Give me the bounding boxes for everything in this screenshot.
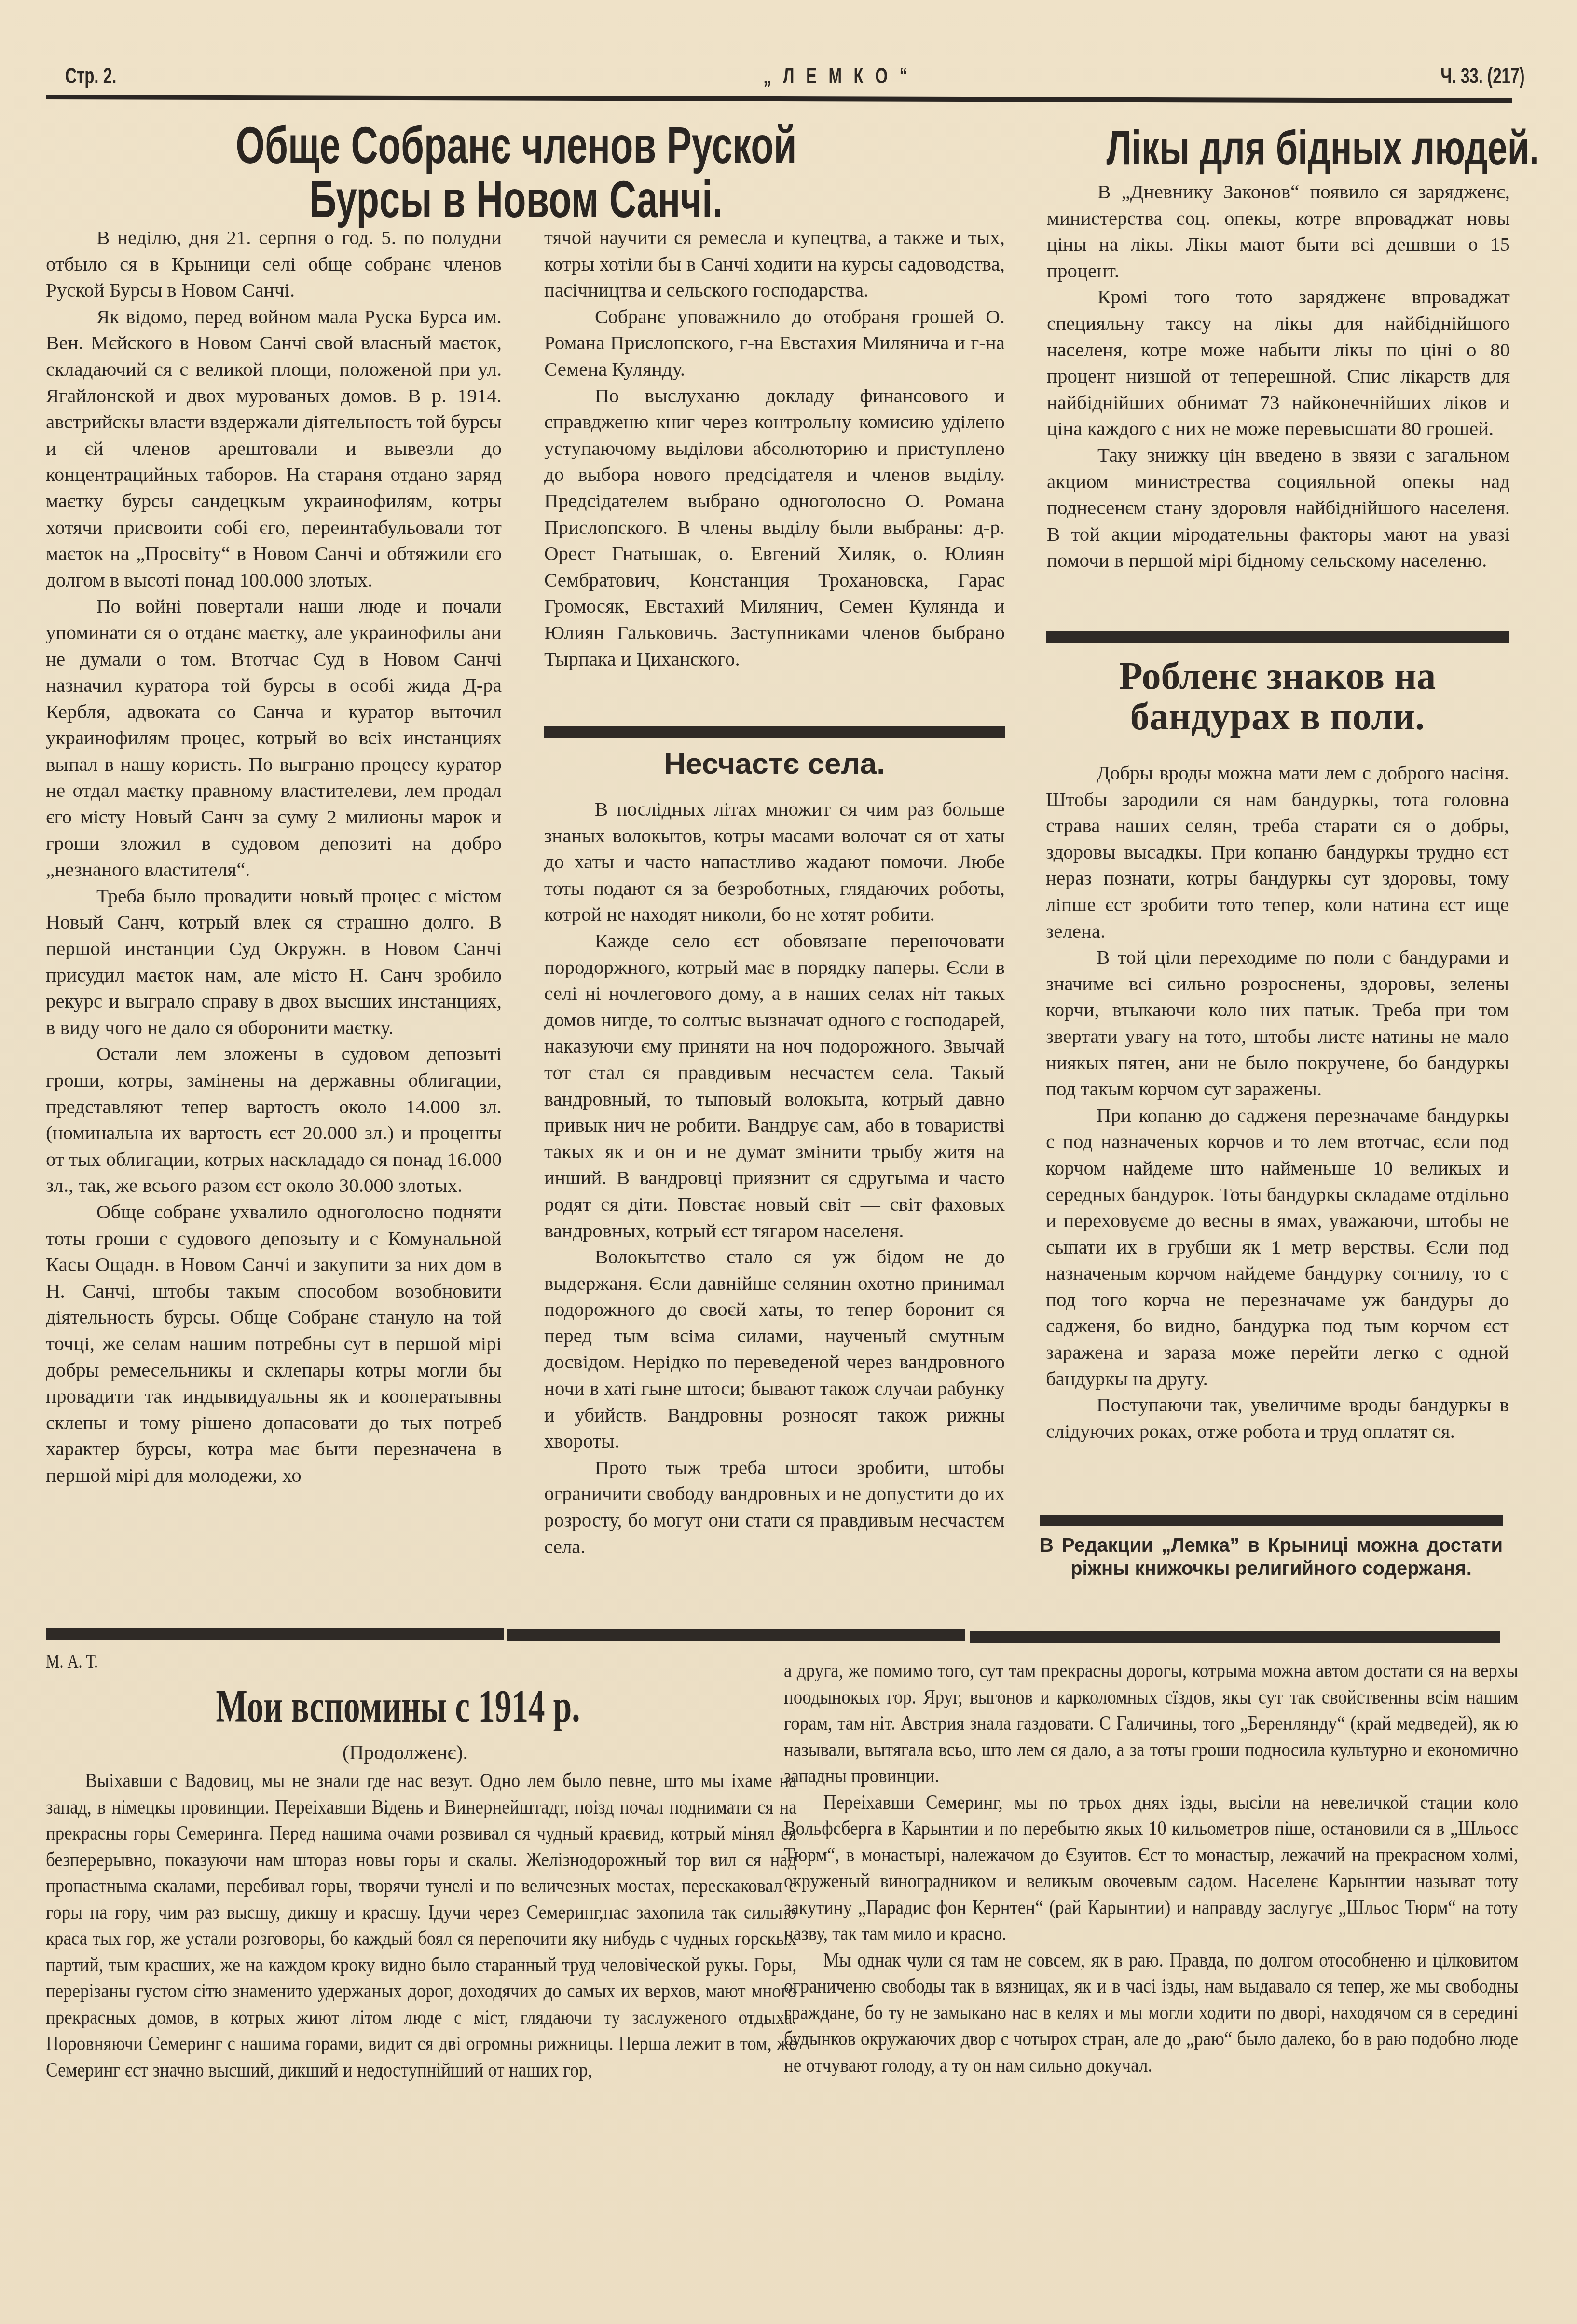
- paragraph: Волокытство стало ся уж бідом не до выде…: [544, 1244, 1005, 1454]
- article-bursa-col2: тячой научити ся ремесла и купецтва, а т…: [544, 224, 1005, 672]
- paragraph: Обще собранє ухвалило одноголосно поднят…: [46, 1199, 502, 1489]
- page-number: Стр. 2.: [65, 63, 116, 89]
- article-medicine-body: В „Дневнику Законов“ появило ся заряджен…: [1047, 178, 1510, 574]
- article-title-medicine: Лікы для бідных людей.: [1107, 123, 1446, 173]
- article-title-memoir: Мои вспомины с 1914 р.: [164, 1681, 632, 1731]
- section-rule: [1040, 1515, 1503, 1526]
- paragraph: В неділю, дня 21. серпня о год. 5. по по…: [46, 224, 502, 303]
- article-title-village: Несчастє села.: [544, 747, 1005, 781]
- paragraph: В той ціли переходиме по поли с бандурам…: [1046, 944, 1509, 1102]
- running-header: Стр. 2. „ЛЕМКО“ Ч. 33. (217): [65, 63, 1105, 96]
- article-title-potatoes: Робленє знаков на бандурах в поли.: [1046, 656, 1509, 737]
- paragraph: Кромі того тото зарядженє впроваджат спе…: [1047, 284, 1510, 442]
- paragraph: По выслуханю докладу финансового и справ…: [544, 383, 1005, 672]
- newspaper-page: Стр. 2. „ЛЕМКО“ Ч. 33. (217) Обще Собран…: [0, 0, 1577, 2324]
- paragraph: По войні повертали наши люде и почали уп…: [46, 593, 502, 883]
- section-rule: [970, 1631, 1500, 1643]
- paragraph: Добры вроды можна мати лем с доброго нас…: [1046, 760, 1509, 944]
- paragraph: Прото тыж треба штоси зробити, штобы огр…: [544, 1454, 1005, 1559]
- editorial-notice: В Редакции „Лемка” в Крыниці можна доста…: [1040, 1534, 1503, 1580]
- article-bursa-col1: В неділю, дня 21. серпня о год. 5. по по…: [46, 224, 502, 1489]
- title-text: Обще Собранє членов Руской Бурсы в Новом…: [210, 118, 822, 226]
- masthead: „ЛЕМКО“: [763, 63, 919, 89]
- article-title-bursa: Обще Собранє членов Руской Бурсы в Новом…: [210, 118, 822, 226]
- paragraph: Каждe село єст обовязане переночовати по…: [544, 928, 1005, 1244]
- paragraph: В „Дневнику Законов“ появило ся заряджен…: [1047, 178, 1510, 284]
- paragraph: тячой научити ся ремесла и купецтва, а т…: [544, 224, 1005, 303]
- section-rule: [1046, 631, 1509, 643]
- paragraph: При копаню до садженя перезначаме бандур…: [1046, 1102, 1509, 1392]
- section-rule: [46, 1628, 504, 1640]
- section-rule: [507, 1629, 965, 1641]
- paragraph: Треба было провадити новый процес с міст…: [46, 883, 502, 1041]
- article-potatoes-body: Добры вроды можна мати лем с доброго нас…: [1046, 760, 1509, 1444]
- paragraph: Выіхавши с Вадовиц, мы не знали где нас …: [46, 1768, 797, 2083]
- paragraph: Собранє уповажнило до отобраня грошей О.…: [544, 303, 1005, 383]
- paragraph: Мы однак чули ся там не совсем, як в раю…: [784, 1947, 1518, 2079]
- section-rule: [544, 726, 1005, 738]
- article-subtitle: (Продолженє).: [318, 1741, 492, 1764]
- paragraph: Поступаючи так, увеличиме вроды бандуркы…: [1046, 1392, 1509, 1444]
- author-byline: М. А. Т.: [46, 1650, 98, 1672]
- article-memoir-col1: Выіхавши с Вадовиц, мы не знали где нас …: [46, 1768, 797, 2083]
- paragraph: Остали лем зложены в судовом депозыті гр…: [46, 1040, 502, 1199]
- paragraph: Таку знижку цін введено в звязи с загаль…: [1047, 442, 1510, 574]
- issue-number: Ч. 33. (217): [1440, 63, 1524, 89]
- paragraph: В послідных літах множит ся чим раз боль…: [544, 796, 1005, 928]
- article-village-body: В послідных літах множит ся чим раз боль…: [544, 796, 1005, 1559]
- paragraph: а друга, же помимо того, сут там прекрас…: [784, 1658, 1518, 1790]
- paragraph: Як відомо, перед войном мала Руска Бурса…: [46, 303, 502, 593]
- paragraph: Переіхавши Семеринг, мы по трьох днях із…: [784, 1790, 1518, 1947]
- article-memoir-col2: а друга, же помимо того, сут там прекрас…: [784, 1658, 1518, 2078]
